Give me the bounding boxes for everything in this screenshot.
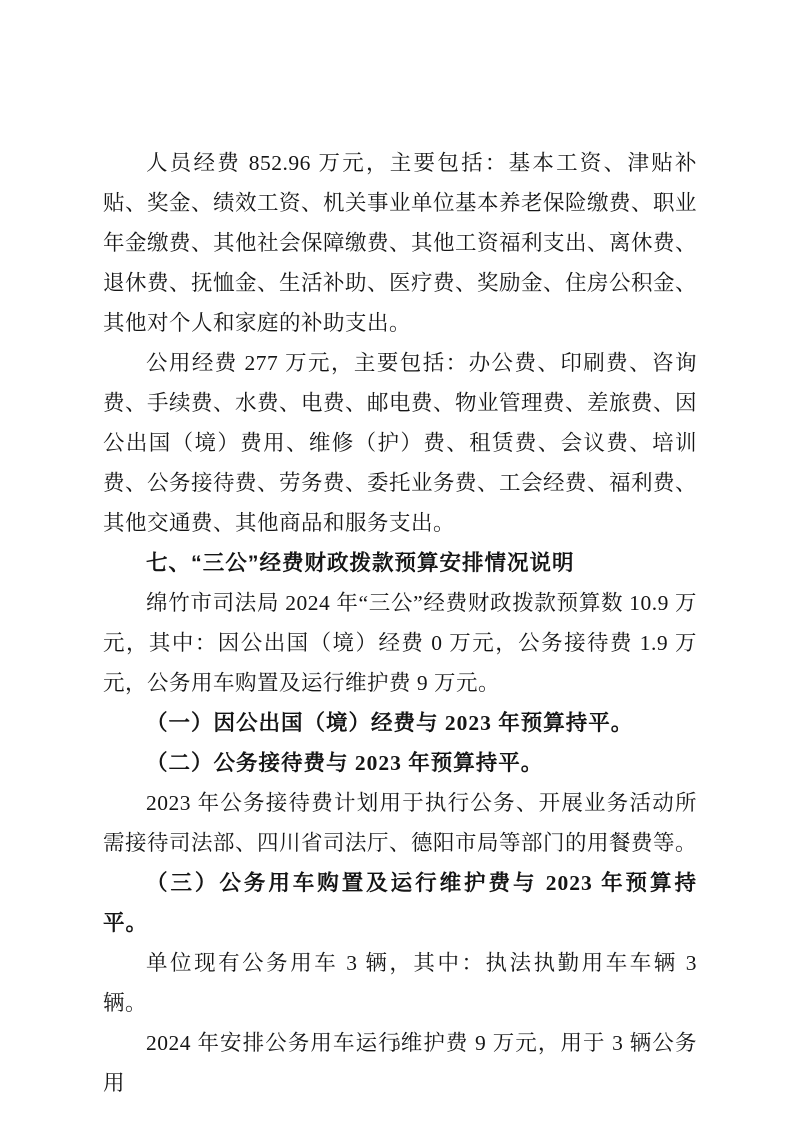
paragraph-reception-expenses-detail: 2023 年公务接待费计划用于执行公务、开展业务活动所需接待司法部、四川省司法厅… [103,783,697,863]
document-body: 人员经费 852.96 万元，主要包括：基本工资、津贴补贴、奖金、绩效工资、机关… [103,143,697,1103]
paragraph-public-expenses: 公用经费 277 万元，主要包括：办公费、印刷费、咨询费、手续费、水费、电费、邮… [103,343,697,543]
paragraph-three-public-budget-summary: 绵竹市司法局 2024 年“三公”经费财政拨款预算数 10.9 万元，其中：因公… [103,583,697,703]
paragraph-vehicle-count: 单位现有公务用车 3 辆，其中：执法执勤用车车辆 3 辆。 [103,943,697,1023]
subheading-official-reception-expenses: （二）公务接待费与 2023 年预算持平。 [103,743,697,783]
subheading-official-vehicle-expenses: （三）公务用车购置及运行维护费与 2023 年预算持平。 [103,863,697,943]
section-heading-three-public-funds: 七、“三公”经费财政拨款预算安排情况说明 [103,543,697,583]
document-page: 人员经费 852.96 万元，主要包括：基本工资、津贴补贴、奖金、绩效工资、机关… [0,0,793,1122]
paragraph-personnel-expenses: 人员经费 852.96 万元，主要包括：基本工资、津贴补贴、奖金、绩效工资、机关… [103,143,697,343]
paragraph-vehicle-maintenance-budget: 2024 年安排公务用车运行维护费 9 万元，用于 3 辆公务用 [103,1023,697,1103]
subheading-overseas-travel-expenses: （一）因公出国（境）经费与 2023 年预算持平。 [103,703,697,743]
page-number: 9 [0,1038,793,1055]
